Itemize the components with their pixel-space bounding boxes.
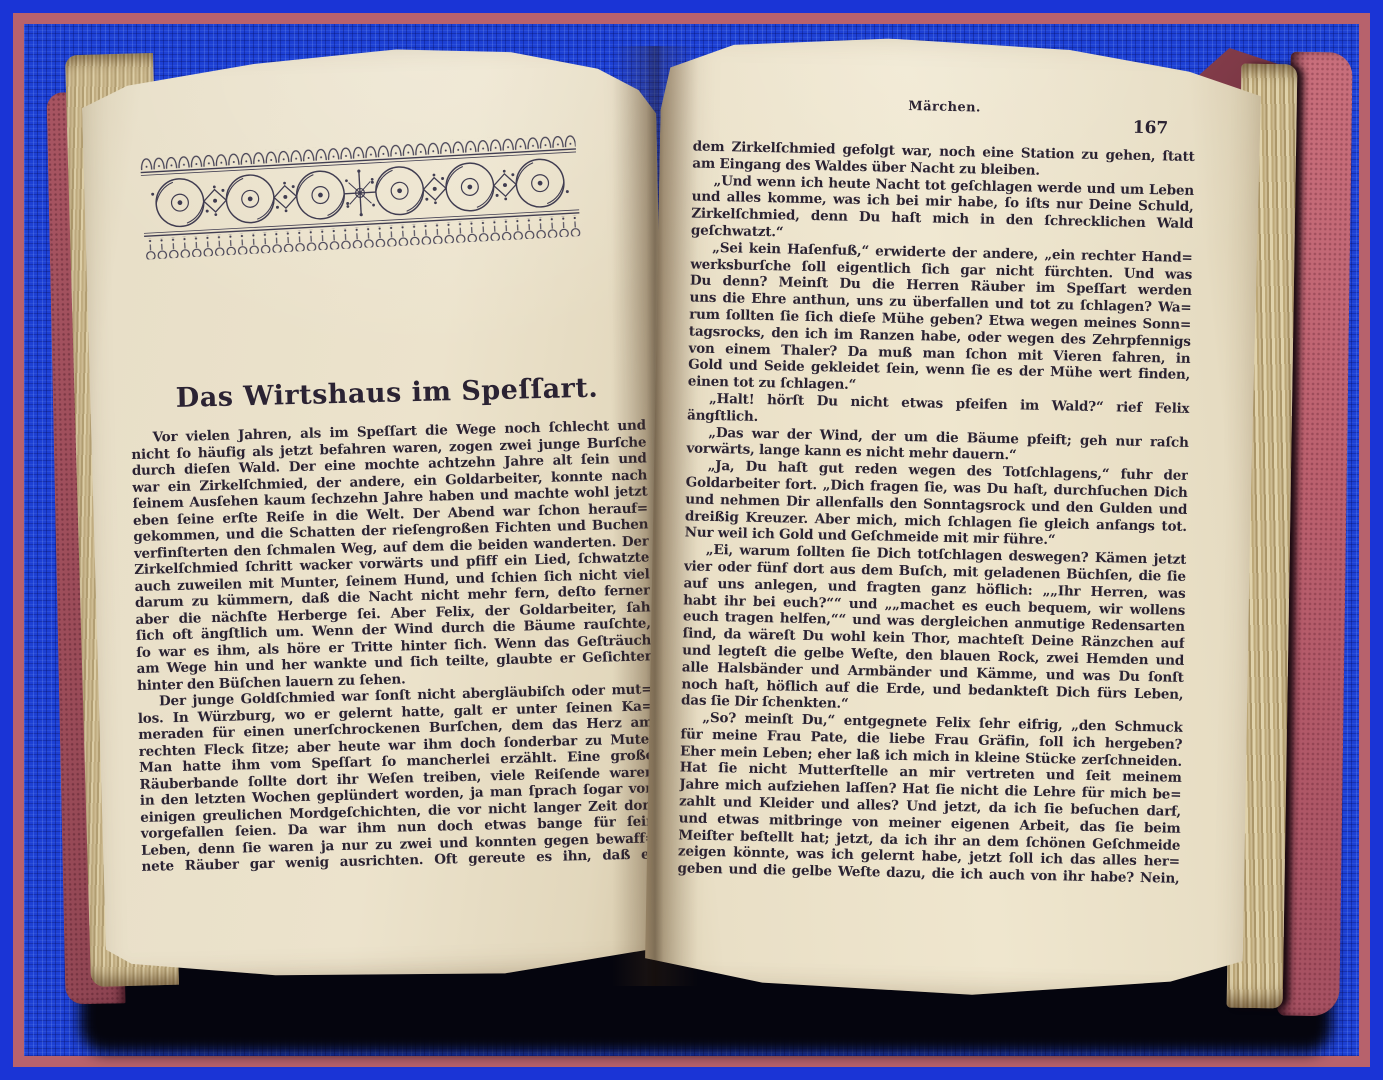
paragraph: „Ei, warum ſollten ſie Dich totſchlagen … [681, 542, 1186, 720]
right-page: Märchen. 167 dem Zirkelſchmied gefolgt w… [642, 34, 1262, 1004]
paragraph: „Ja, Du haſt gut reden wegen des Totſchl… [684, 458, 1188, 552]
photo-of-open-book: { "colors": { "border_outer_blue": "#1a3… [0, 0, 1383, 1080]
chapter-title: Das Wirtshaus im Speſſart. [129, 371, 646, 415]
paragraph: Vor vielen Jahren, als im Speſſart die W… [131, 417, 652, 694]
left-page-text: Vor vielen Jahren, als im Speſſart die W… [131, 417, 657, 875]
paragraph: Der junge Goldſchmied war ſonſt nicht ab… [137, 681, 656, 875]
running-head: Märchen. [694, 95, 1196, 121]
page-number: 167 [1133, 118, 1169, 139]
paragraph: „So? meinſt Du,“ entgegnete Felix ſehr e… [677, 709, 1182, 887]
paragraph: „Sei kein Haſenfuß,“ erwiderte der ander… [688, 239, 1193, 401]
floral-frieze-ornament-icon [140, 133, 581, 260]
paragraph: „Und wenn ich heute Nacht tot geſchlagen… [691, 172, 1194, 250]
right-page-text: dem Zirkelſchmied gefolgt war, noch eine… [677, 138, 1194, 887]
left-page: Das Wirtshaus im Speſſart. Vor vielen Ja… [81, 43, 678, 987]
